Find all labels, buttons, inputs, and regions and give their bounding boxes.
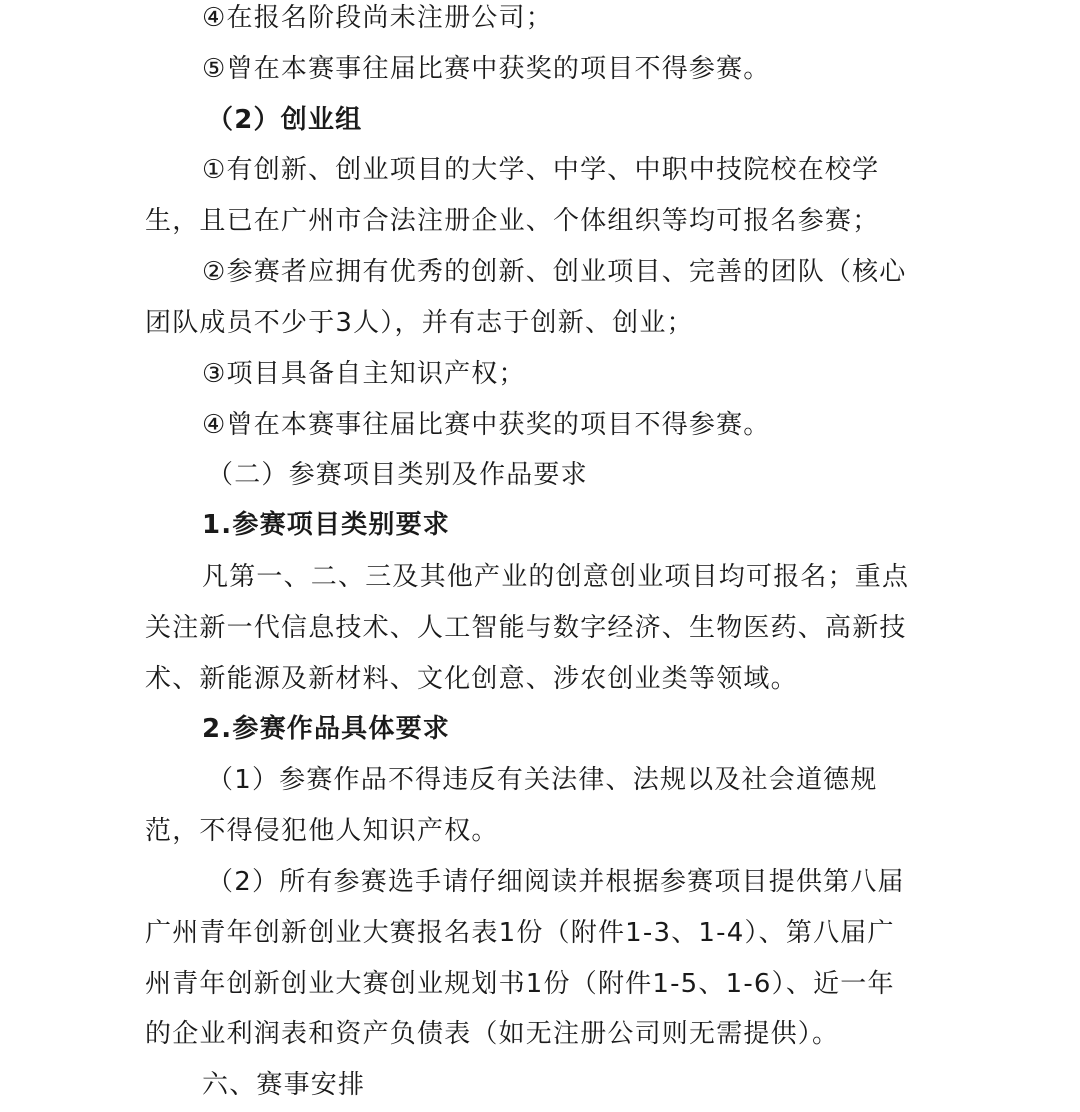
paragraph-line: 关注新一代信息技术、人工智能与数字经济、生物医药、高新技	[145, 610, 907, 661]
section-heading-schedule: 六、赛事安排	[202, 1067, 365, 1112]
paragraph-line: 的企业利润表和资产负债表（如无注册公司则无需提供）。	[145, 1016, 839, 1067]
paragraph-line: （1）参赛作品不得违反有关法律、法规以及社会道德规	[207, 762, 878, 813]
paragraph-line: ③项目具备自主知识产权；	[202, 356, 526, 407]
paragraph-line: （2）所有参赛选手请仔细阅读并根据参赛项目提供第八届	[207, 864, 905, 915]
section-heading-project-categories: （二）参赛项目类别及作品要求	[207, 457, 588, 508]
list-item-5-prior-winners: ⑤曾在本赛事往届比赛中获奖的项目不得参赛。	[202, 51, 771, 102]
paragraph-line: 生，且已在广州市合法注册企业、个体组织等均可报名参赛；	[145, 203, 879, 254]
paragraph-line: 凡第一、二、三及其他产业的创意创业项目均可报名；重点	[202, 559, 909, 610]
section-heading-startup-group: （2）创业组	[207, 102, 362, 153]
paragraph-line: 广州青年创新创业大赛报名表1份（附件1-3、1-4）、第八届广	[145, 915, 895, 966]
subheading-entry-requirements: 2.参赛作品具体要求	[202, 711, 450, 762]
paragraph-line: 范，不得侵犯他人知识产权。	[145, 813, 499, 864]
paragraph-line: 团队成员不少于3人），并有志于创新、创业；	[145, 305, 694, 356]
paragraph-line: 术、新能源及新材料、文化创意、涉农创业类等领域。	[145, 661, 798, 712]
paragraph-line: 州青年创新创业大赛创业规划书1份（附件1-5、1-6）、近一年	[145, 966, 895, 1017]
paragraph-line: ①有创新、创业项目的大学、中学、中职中技院校在校学	[202, 152, 879, 203]
paragraph-line: ④曾在本赛事往届比赛中获奖的项目不得参赛。	[202, 407, 771, 458]
paragraph-line: ②参赛者应拥有优秀的创新、创业项目、完善的团队（核心	[202, 254, 907, 305]
subheading-category-requirements: 1.参赛项目类别要求	[202, 507, 450, 558]
list-item-4-not-registered: ④在报名阶段尚未注册公司；	[202, 0, 553, 51]
